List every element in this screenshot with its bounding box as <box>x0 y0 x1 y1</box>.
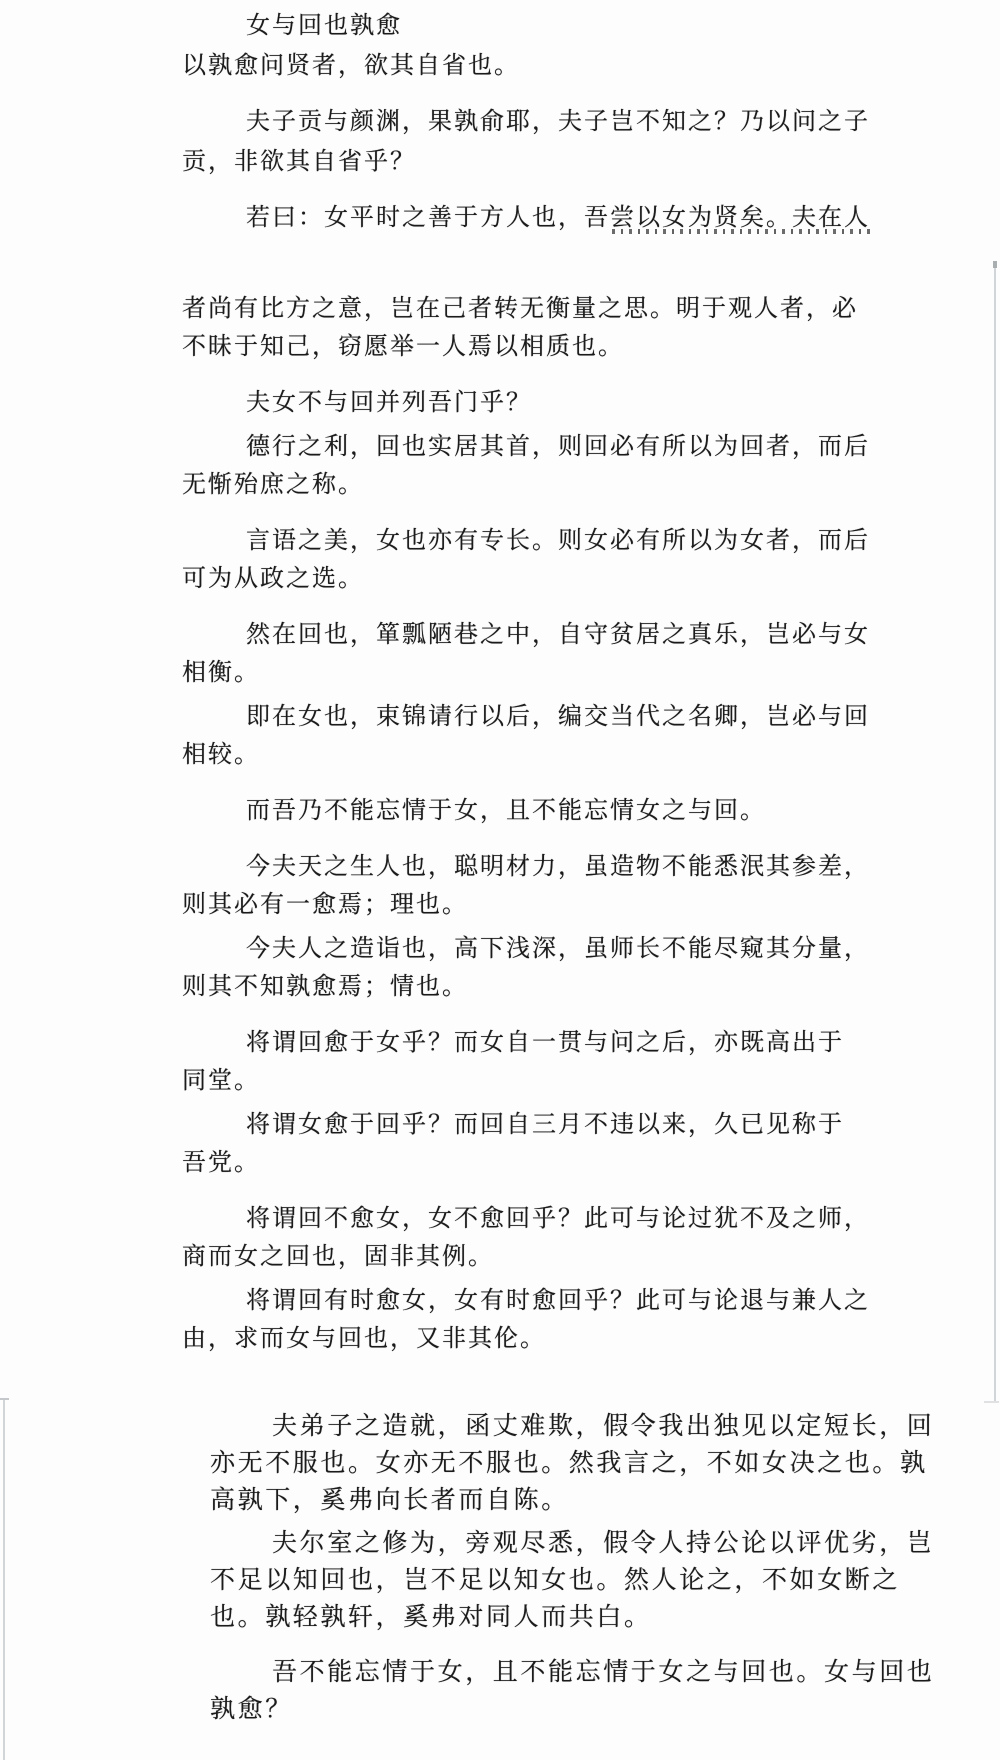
scan-edge-line-right-cap <box>993 261 997 268</box>
text-line: 将谓回愈于女乎？而女自一贯与问之后，亦既高出于 <box>182 1024 1000 1062</box>
scan-edge-line-left <box>3 1400 5 1760</box>
paragraph: 今夫天之生人也，聪明材力，虽造物不能悉泯其参差，则其必有一愈焉；理也。 <box>182 848 1000 924</box>
text-line: 相衡。 <box>182 654 1000 692</box>
text-line: 然在回也，箪瓢陋巷之中，自守贫居之真乐，岂必与女 <box>182 616 1000 654</box>
text-line: 女与回也孰愈 <box>182 6 1000 46</box>
paragraph: 德行之利，回也实居其首，则回必有所以为回者，而后无惭殆庶之称。 <box>182 428 1000 504</box>
text-line: 高孰下，奚弗向长者而自陈。 <box>210 1482 1000 1519</box>
text-line: 者尚有比方之意，岂在己者转无衡量之思。明于观人者，必 <box>182 290 1000 328</box>
text-line: 也。孰轻孰轩，奚弗对同人而共白。 <box>210 1599 1000 1636</box>
text-line: 吾不能忘情于女，且不能忘情于女之与回也。女与回也 <box>210 1654 1000 1691</box>
paragraph: 夫子贡与颜渊，果孰俞耶，夫子岂不知之？乃以问之子贡，非欲其自省乎？ <box>182 102 1000 182</box>
text-line: 无惭殆庶之称。 <box>182 466 1000 504</box>
paragraph: 将谓回有时愈女，女有时愈回乎？此可与论退与兼人之由，求而女与回也，又非其伦。 <box>182 1282 1000 1358</box>
scan-edge-line-right <box>994 263 996 1402</box>
text-line: 则其不知孰愈焉；情也。 <box>182 968 1000 1006</box>
paragraph: 即在女也，束锦请行以后，编交当代之名卿，岂必与回相较。 <box>182 698 1000 774</box>
scan-section-bottom: 夫弟子之造就，函丈难欺，假令我出独见以定短长，回亦无不服也。女亦无不服也。然我言… <box>0 1408 1000 1728</box>
scan-edge-tick-right <box>984 1401 999 1403</box>
scan-section-main: 者尚有比方之意，岂在己者转无衡量之思。明于观人者，必不昧于知己，窃愿举一人焉以相… <box>0 290 1000 1358</box>
text-line: 若曰：女平时之善于方人也，吾尝以女为贤矣。夫在人 <box>182 198 1000 238</box>
text-line: 商而女之回也，固非其例。 <box>182 1238 1000 1276</box>
text-line: 夫女不与回并列吾门乎？ <box>182 384 1000 422</box>
text-line: 孰愈？ <box>210 1691 1000 1728</box>
text-line: 今夫人之造诣也，高下浅深，虽师长不能尽窥其分量， <box>182 930 1000 968</box>
paragraph: 然在回也，箪瓢陋巷之中，自守贫居之真乐，岂必与女相衡。 <box>182 616 1000 692</box>
paragraph: 今夫人之造诣也，高下浅深，虽师长不能尽窥其分量，则其不知孰愈焉；情也。 <box>182 930 1000 1006</box>
text-line: 不足以知回也，岂不足以知女也。然人论之，不如女断之 <box>210 1562 1000 1599</box>
paragraph: 将谓女愈于回乎？而回自三月不违以来，久已见称于吾党。 <box>182 1106 1000 1182</box>
text-line: 即在女也，束锦请行以后，编交当代之名卿，岂必与回 <box>182 698 1000 736</box>
text-line: 而吾乃不能忘情于女，且不能忘情女之与回。 <box>182 792 1000 830</box>
scan-section-top: 女与回也孰愈以孰愈问贤者，欲其自省也。夫子贡与颜渊，果孰俞耶，夫子岂不知之？乃以… <box>0 6 1000 238</box>
text-line: 今夫天之生人也，聪明材力，虽造物不能悉泯其参差， <box>182 848 1000 886</box>
text-line: 夫弟子之造就，函丈难欺，假令我出独见以定短长，回 <box>210 1408 1000 1445</box>
paragraph: 言语之美，女也亦有专长。则女必有所以为女者，而后可为从政之选。 <box>182 522 1000 598</box>
scan-edge-tick-left <box>0 1398 9 1400</box>
text-line: 以孰愈问贤者，欲其自省也。 <box>182 46 1000 86</box>
scanned-page: 女与回也孰愈以孰愈问贤者，欲其自省也。夫子贡与颜渊，果孰俞耶，夫子岂不知之？乃以… <box>0 0 1000 1760</box>
text-line: 贡，非欲其自省乎？ <box>182 142 1000 182</box>
text-line: 可为从政之选。 <box>182 560 1000 598</box>
text-line: 将谓回有时愈女，女有时愈回乎？此可与论退与兼人之 <box>182 1282 1000 1320</box>
paragraph: 将谓回愈于女乎？而女自一贯与问之后，亦既高出于同堂。 <box>182 1024 1000 1100</box>
paragraph: 夫女不与回并列吾门乎？ <box>182 384 1000 422</box>
text-line: 由，求而女与回也，又非其伦。 <box>182 1320 1000 1358</box>
text-line: 德行之利，回也实居其首，则回必有所以为回者，而后 <box>182 428 1000 466</box>
text-line: 将谓女愈于回乎？而回自三月不违以来，久已见称于 <box>182 1106 1000 1144</box>
text-line: 夫子贡与颜渊，果孰俞耶，夫子岂不知之？乃以问之子 <box>182 102 1000 142</box>
paragraph: 女与回也孰愈以孰愈问贤者，欲其自省也。 <box>182 6 1000 86</box>
paragraph: 若曰：女平时之善于方人也，吾尝以女为贤矣。夫在人 <box>182 198 1000 238</box>
text-line: 相较。 <box>182 736 1000 774</box>
text-line: 则其必有一愈焉；理也。 <box>182 886 1000 924</box>
paragraph: 而吾乃不能忘情于女，且不能忘情女之与回。 <box>182 792 1000 830</box>
paragraph: 者尚有比方之意，岂在己者转无衡量之思。明于观人者，必不昧于知己，窃愿举一人焉以相… <box>182 290 1000 366</box>
text-line: 亦无不服也。女亦无不服也。然我言之，不如女决之也。孰 <box>210 1445 1000 1482</box>
paragraph: 吾不能忘情于女，且不能忘情于女之与回也。女与回也孰愈？ <box>210 1654 1000 1728</box>
paragraph: 夫尔室之修为，旁观尽悉，假令人持公论以评优劣，岂不足以知回也，岂不足以知女也。然… <box>210 1525 1000 1636</box>
text-line: 将谓回不愈女，女不愈回乎？此可与论过犹不及之师， <box>182 1200 1000 1238</box>
text-line: 夫尔室之修为，旁观尽悉，假令人持公论以评优劣，岂 <box>210 1525 1000 1562</box>
text-line: 同堂。 <box>182 1062 1000 1100</box>
cropped-text-fragment <box>612 229 870 234</box>
paragraph: 将谓回不愈女，女不愈回乎？此可与论过犹不及之师，商而女之回也，固非其例。 <box>182 1200 1000 1276</box>
text-line: 吾党。 <box>182 1144 1000 1182</box>
text-line: 不昧于知己，窃愿举一人焉以相质也。 <box>182 328 1000 366</box>
paragraph: 夫弟子之造就，函丈难欺，假令我出独见以定短长，回亦无不服也。女亦无不服也。然我言… <box>210 1408 1000 1519</box>
text-line: 言语之美，女也亦有专长。则女必有所以为女者，而后 <box>182 522 1000 560</box>
